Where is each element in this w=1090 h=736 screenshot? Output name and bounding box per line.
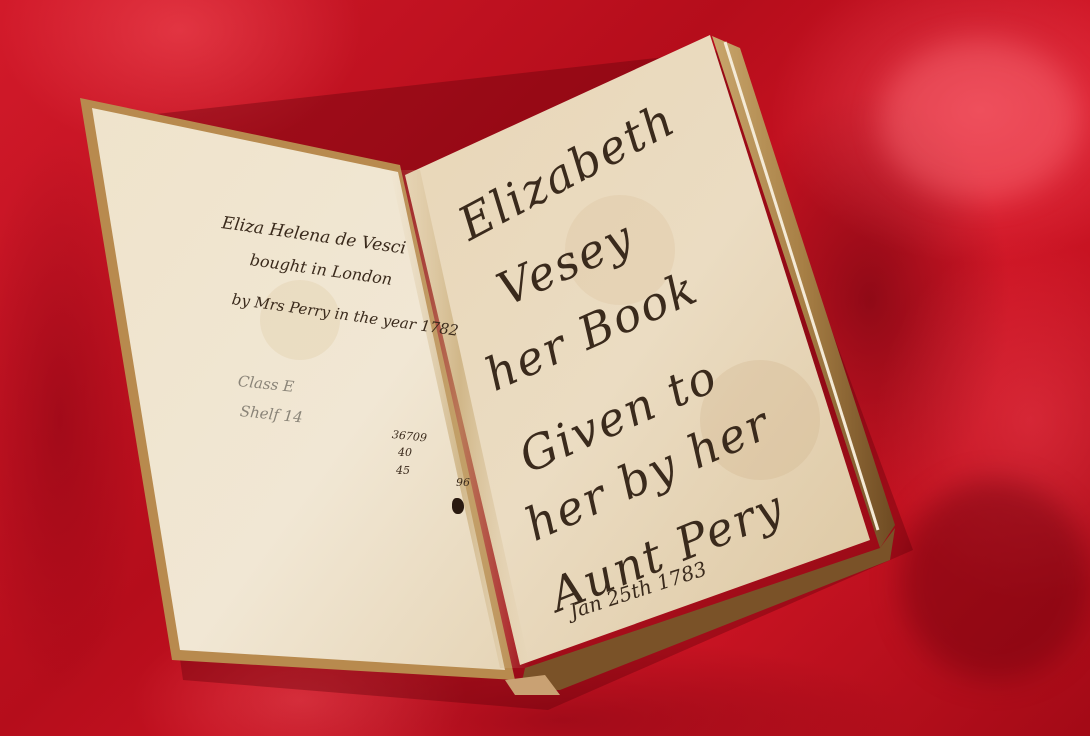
ink-blot	[452, 498, 464, 514]
number-note-2: 40	[398, 446, 412, 459]
number-note-4: 96	[456, 476, 470, 489]
number-note-3: 45	[396, 464, 410, 477]
open-book: Eliza Helena de Vesci bought in London b…	[0, 0, 1090, 736]
